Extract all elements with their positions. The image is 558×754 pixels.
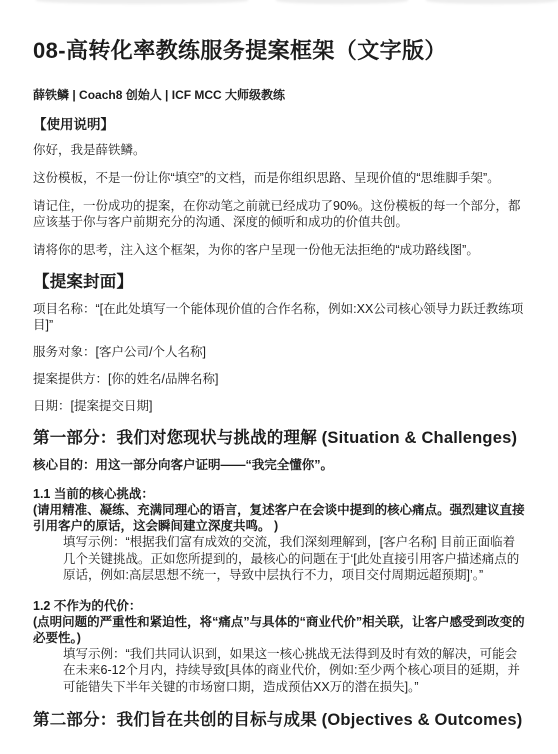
document-title: 08-高转化率教练服务提案框架（文字版） — [33, 38, 525, 64]
item-1-1-example: 填写示例：“根据我们富有成效的交流，我们深刻理解到，[客户名称] 目前正面临着几… — [33, 534, 525, 584]
author-byline: 薛铁鳞 | Coach8 创始人 | ICF MCC 大师级教练 — [33, 88, 525, 103]
part1-heading: 第一部分：我们对您现状与挑战的理解 (Situation & Challenge… — [33, 428, 525, 449]
usage-section-label: 【使用说明】 — [33, 116, 525, 133]
usage-paragraph-2: 这份模板，不是一份让你“填空”的文档，而是你组织思路、呈现价值的“思维脚手架”。 — [33, 170, 525, 186]
cover-section-heading: 【提案封面】 — [33, 272, 525, 293]
usage-paragraph-3: 请记住，一份成功的提案，在你动笔之前就已经成功了90%。这份模板的每一个部分，都… — [33, 198, 525, 230]
document-page: 08-高转化率教练服务提案框架（文字版） 薛铁鳞 | Coach8 创始人 | … — [0, 0, 558, 731]
item-1-2-title: 1.2 不作为的代价： — [33, 598, 525, 614]
part1-core-purpose: 核心目的：用这一部分向客户证明——“我完全懂你”。 — [33, 457, 525, 473]
part2-heading: 第二部分：我们旨在共创的目标与成果 (Objectives & Outcomes… — [33, 710, 525, 731]
cover-provider-name: 提案提供方：[你的姓名/品牌名称] — [33, 371, 525, 387]
cover-date: 日期：[提案提交日期] — [33, 398, 525, 414]
cover-client-name: 服务对象：[客户公司/个人名称] — [33, 344, 525, 360]
item-1-2-example: 填写示例：“我们共同认识到，如果这一核心挑战无法得到及时有效的解决，可能会在未来… — [33, 646, 525, 696]
usage-paragraph-4: 请将你的思考，注入这个框架，为你的客户呈现一份他无法拒绝的“成功路线图”。 — [33, 242, 525, 258]
cover-project-name: 项目名称：“[在此处填写一个能体现价值的合作名称，例如:XX公司核心领导力跃迁教… — [33, 301, 525, 333]
usage-paragraph-1: 你好，我是薛铁鳞。 — [33, 142, 525, 158]
part1-item-1-2: 1.2 不作为的代价： (点明问题的严重性和紧迫性，将“痛点”与具体的“商业代价… — [33, 598, 525, 696]
item-1-1-note: (请用精准、凝练、充满同理心的语言，复述客户在会谈中提到的核心痛点。强烈建议直接… — [33, 502, 525, 534]
part1-item-1-1: 1.1 当前的核心挑战： (请用精准、凝练、充满同理心的语言，复述客户在会谈中提… — [33, 486, 525, 584]
item-1-2-note: (点明问题的严重性和紧迫性，将“痛点”与具体的“商业代价”相关联，让客户感受到改… — [33, 614, 525, 646]
item-1-1-title: 1.1 当前的核心挑战： — [33, 486, 525, 502]
